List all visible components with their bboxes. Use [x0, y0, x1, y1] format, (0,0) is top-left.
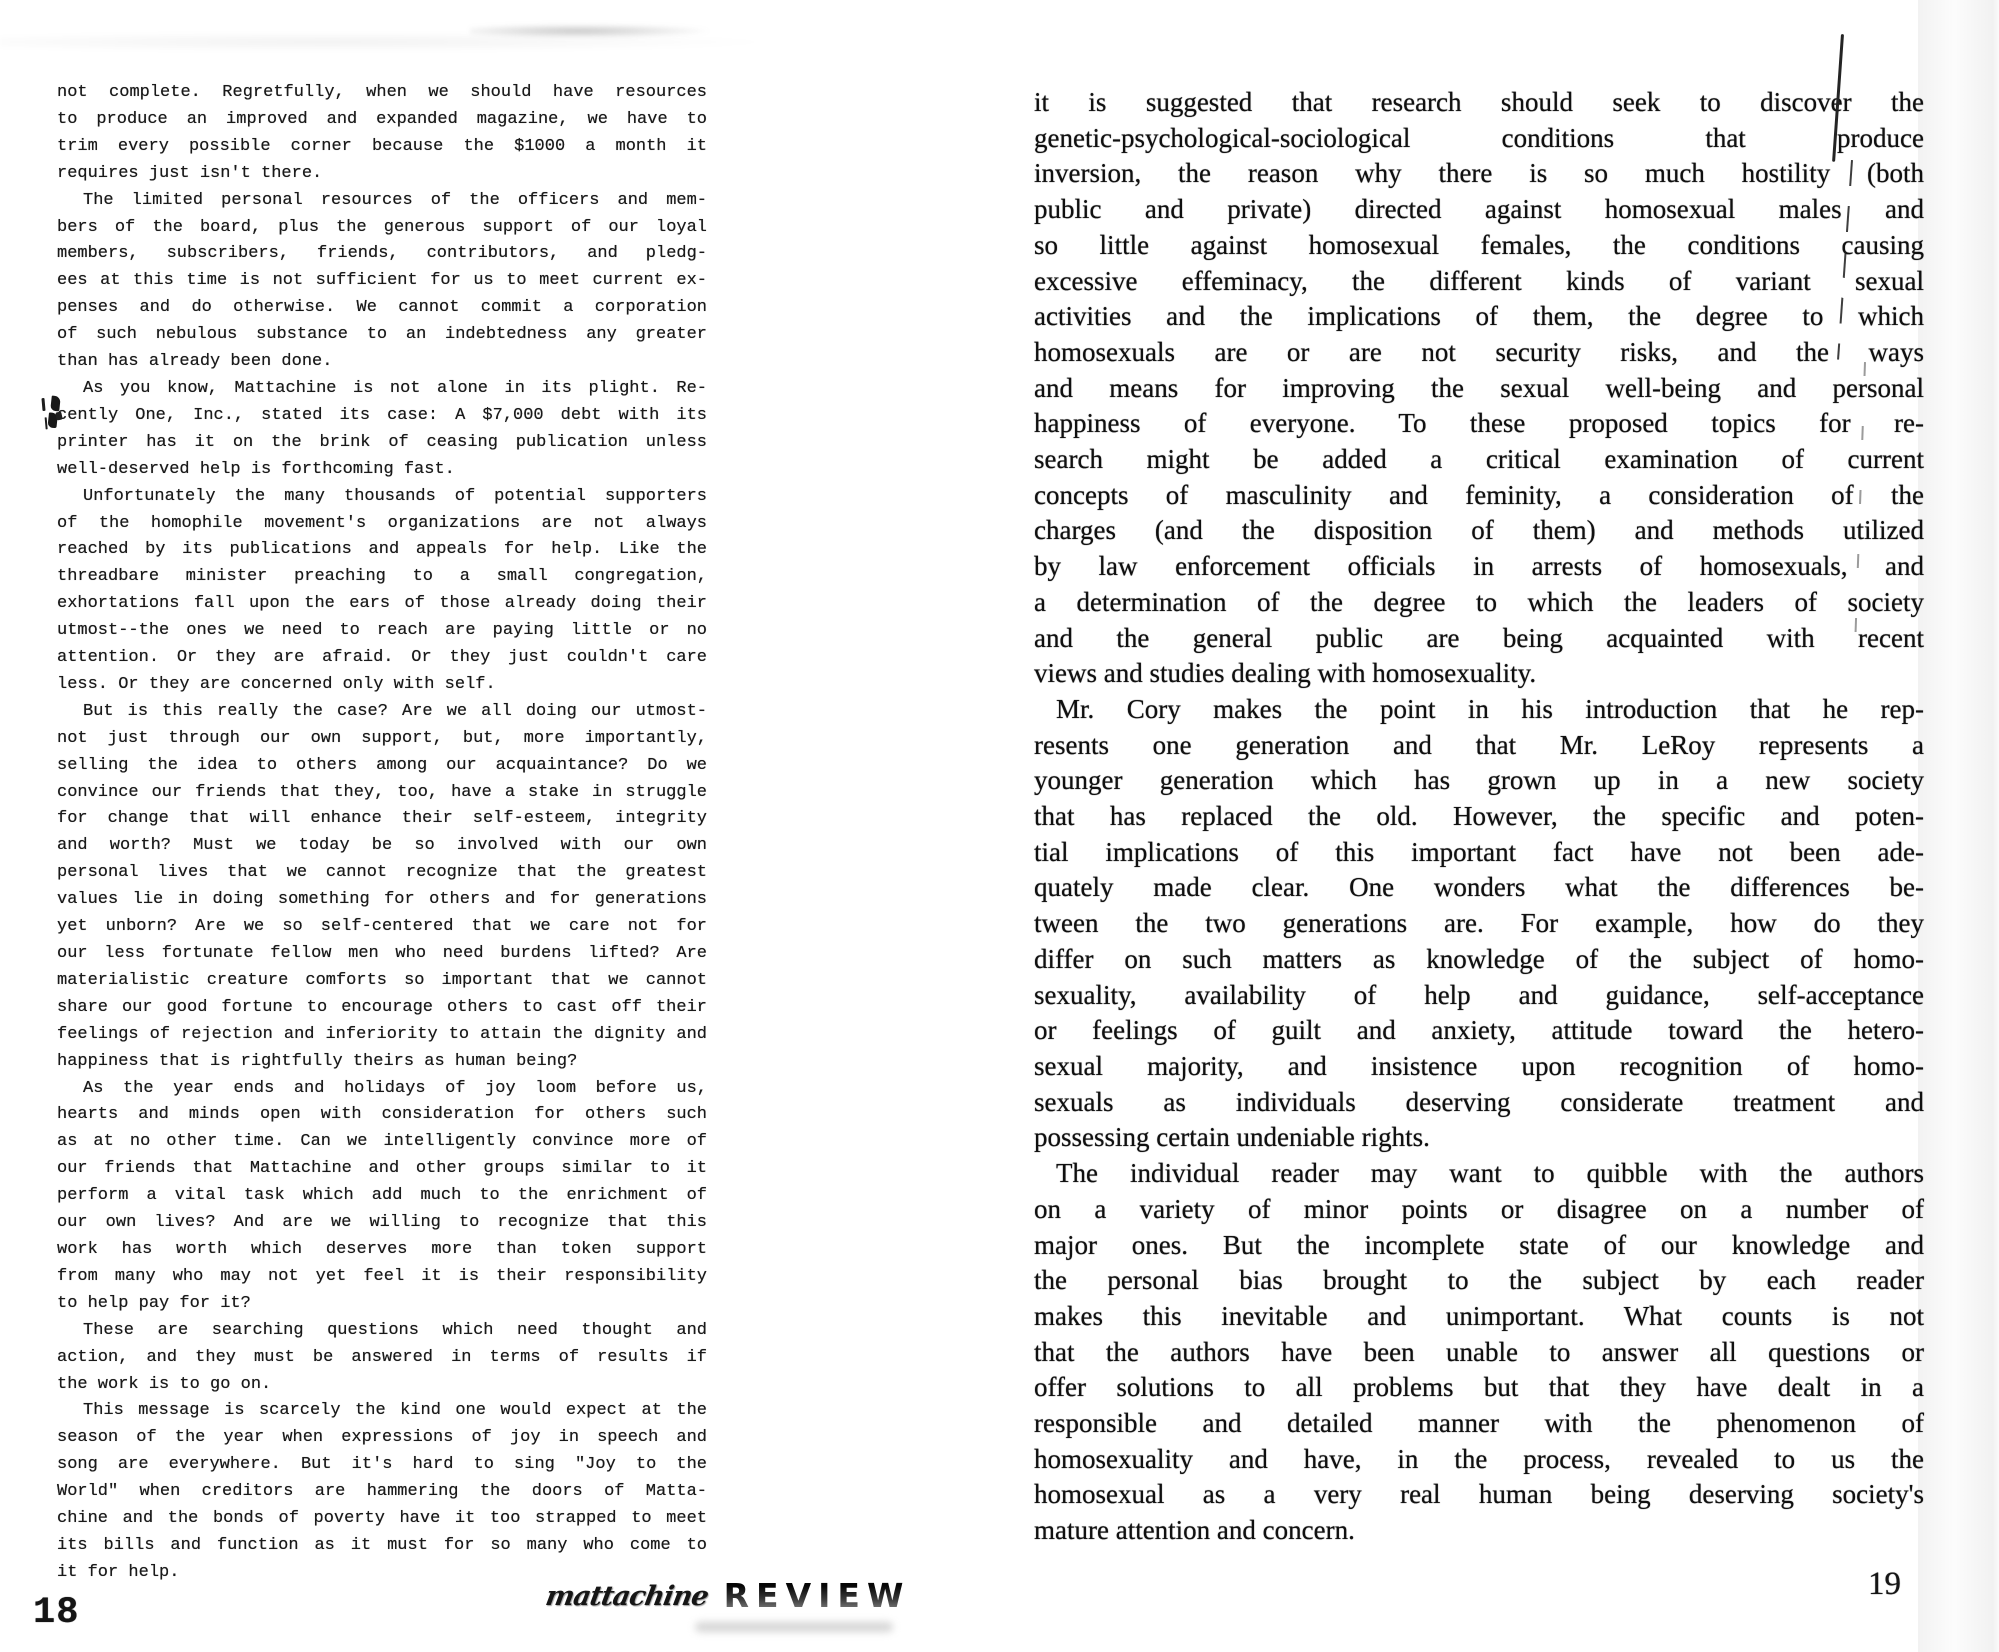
- smudge-mark: [470, 24, 710, 38]
- text-line: public and private) directed against hom…: [1034, 192, 1924, 228]
- text-line: members, subscribers, friends, contribut…: [57, 241, 707, 268]
- text-line: As you know, Mattachine is not alone in …: [57, 376, 707, 403]
- text-line: so little against homosexual females, th…: [1034, 228, 1924, 264]
- text-line: threadbare minister preaching to a small…: [57, 564, 707, 591]
- text-line: differ on such matters as knowledge of t…: [1034, 942, 1924, 978]
- text-line: to produce an improved and expanded maga…: [57, 107, 707, 134]
- text-line: a determination of the degree to which t…: [1034, 585, 1924, 621]
- text-line: of the homophile movement's organization…: [57, 511, 707, 538]
- text-line: sexuals as individuals deserving conside…: [1034, 1085, 1924, 1121]
- text-line: World" when creditors are hammering the …: [57, 1479, 707, 1506]
- text-line: of such nebulous substance to an indebte…: [57, 322, 707, 349]
- text-line: happiness that is rightfully theirs as h…: [57, 1049, 707, 1076]
- text-line: homosexuality and have, in the process, …: [1034, 1442, 1924, 1478]
- text-line: to help pay for it?: [57, 1291, 707, 1318]
- text-line: that the authors have been unable to ans…: [1034, 1335, 1924, 1371]
- text-line: action, and they must be answered in ter…: [57, 1345, 707, 1372]
- text-line: homosexuals are or are not security risk…: [1034, 335, 1924, 371]
- text-line: trim every possible corner because the $…: [57, 134, 707, 161]
- text-line: views and studies dealing with homosexua…: [1034, 656, 1924, 692]
- logo-shadow: [695, 1622, 893, 1632]
- text-line: This message is scarcely the kind one wo…: [57, 1398, 707, 1425]
- text-line: inversion, the reason why there is so mu…: [1034, 156, 1924, 192]
- text-line: yet unborn? Are we so self-centered that…: [57, 914, 707, 941]
- paragraph: As the year ends and holidays of joy loo…: [57, 1076, 707, 1318]
- paragraph: it is suggested that research should see…: [1034, 85, 1924, 692]
- text-line: not complete. Regretfully, when we shoul…: [57, 80, 707, 107]
- text-line: penses and do otherwise. We cannot commi…: [57, 295, 707, 322]
- text-line: less. Or they are concerned only with se…: [57, 672, 707, 699]
- text-line: convince our friends that they, too, hav…: [57, 780, 707, 807]
- text-line: bers of the board, plus the generous sup…: [57, 215, 707, 242]
- text-line: exhortations fall upon the ears of those…: [57, 591, 707, 618]
- mattachine-review-logo: mattachineREVIEW: [546, 1576, 910, 1615]
- right-page-number: 19: [1868, 1566, 1901, 1603]
- ink-mark-dot: [55, 411, 63, 420]
- left-page-number: 18: [33, 1592, 79, 1634]
- text-line: ees at this time is not sufficient for u…: [57, 268, 707, 295]
- text-line: it is suggested that research should see…: [1034, 85, 1924, 121]
- text-line: makes this inevitable and unimportant. W…: [1034, 1299, 1924, 1335]
- text-line: hearts and minds open with consideration…: [57, 1102, 707, 1129]
- text-line: well-deserved help is forthcoming fast.: [57, 457, 707, 484]
- paragraph: Mr. Cory makes the point in his introduc…: [1034, 692, 1924, 1156]
- text-line: and means for improving the sexual well-…: [1034, 371, 1924, 407]
- paragraph: This message is scarcely the kind one wo…: [57, 1398, 707, 1586]
- text-line: than has already been done.: [57, 349, 707, 376]
- text-line: attention. Or they are afraid. Or they j…: [57, 645, 707, 672]
- text-line: responsible and detailed manner with the…: [1034, 1406, 1924, 1442]
- ink-mark-stroke: [41, 398, 45, 411]
- text-line: requires just isn't there.: [57, 161, 707, 188]
- text-line: work has worth which deserves more than …: [57, 1237, 707, 1264]
- ink-mark: [42, 396, 64, 434]
- text-line: the work is to go on.: [57, 1372, 707, 1399]
- text-line: cently One, Inc., stated its case: A $7,…: [57, 403, 707, 430]
- text-line: concepts of masculinity and feminity, a …: [1034, 478, 1924, 514]
- text-line: selling the idea to others among our acq…: [57, 753, 707, 780]
- text-line: as at no other time. Can we intelligentl…: [57, 1129, 707, 1156]
- text-line: printer has it on the brink of ceasing p…: [57, 430, 707, 457]
- text-line: share our good fortune to encourage othe…: [57, 995, 707, 1022]
- left-page-text: not complete. Regretfully, when we shoul…: [57, 80, 707, 1587]
- text-line: The individual reader may want to quibbl…: [1034, 1156, 1924, 1192]
- text-line: materialistic creature comforts so impor…: [57, 968, 707, 995]
- text-line: search might be added a critical examina…: [1034, 442, 1924, 478]
- text-line: sexual majority, and insistence upon rec…: [1034, 1049, 1924, 1085]
- text-line: utmost--the ones we need to reach are pa…: [57, 618, 707, 645]
- text-line: tial implications of this important fact…: [1034, 835, 1924, 871]
- text-line: feelings of rejection and inferiority to…: [57, 1022, 707, 1049]
- paragraph: Unfortunately the many thousands of pote…: [57, 484, 707, 699]
- text-line: major ones. But the incomplete state of …: [1034, 1228, 1924, 1264]
- text-line: sexuality, availability of help and guid…: [1034, 978, 1924, 1014]
- right-page-text: it is suggested that research should see…: [1034, 85, 1924, 1549]
- text-line: our friends that Mattachine and other gr…: [57, 1156, 707, 1183]
- text-line: or feelings of guilt and anxiety, attitu…: [1034, 1013, 1924, 1049]
- text-line: perform a vital task which add much to t…: [57, 1183, 707, 1210]
- paragraph: The individual reader may want to quibbl…: [1034, 1156, 1924, 1549]
- text-line: its bills and function as it must for so…: [57, 1533, 707, 1560]
- text-line: mature attention and concern.: [1034, 1513, 1924, 1549]
- text-line: for change that will enhance their self-…: [57, 806, 707, 833]
- text-line: homosexual as a very real human being de…: [1034, 1477, 1924, 1513]
- text-line: our own lives? And are we willing to rec…: [57, 1210, 707, 1237]
- text-line: our less fortunate fellow men who need b…: [57, 941, 707, 968]
- text-line: from many who may not yet feel it is the…: [57, 1264, 707, 1291]
- text-line: and worth? Must we today be so involved …: [57, 833, 707, 860]
- text-line: and the general public are being acquain…: [1034, 621, 1924, 657]
- text-line: that has replaced the old. However, the …: [1034, 799, 1924, 835]
- paragraph: The limited personal resources of the of…: [57, 188, 707, 376]
- text-line: chine and the bonds of poverty have it t…: [57, 1506, 707, 1533]
- text-line: Unfortunately the many thousands of pote…: [57, 484, 707, 511]
- paragraph: As you know, Mattachine is not alone in …: [57, 376, 707, 484]
- text-line: possessing certain undeniable rights.: [1034, 1120, 1924, 1156]
- text-line: reached by its publications and appeals …: [57, 537, 707, 564]
- text-line: not just through our own support, but, m…: [57, 726, 707, 753]
- text-line: excessive effeminacy, the different kind…: [1034, 264, 1924, 300]
- ink-mark-blot: [50, 396, 61, 412]
- page-edge-shading: [1918, 0, 1999, 1652]
- logo-script-text: mattachine: [543, 1581, 710, 1612]
- text-line: Mr. Cory makes the point in his introduc…: [1034, 692, 1924, 728]
- text-line: offer solutions to all problems but that…: [1034, 1370, 1924, 1406]
- text-line: tween the two generations are. For examp…: [1034, 906, 1924, 942]
- paragraph: But is this really the case? Are we all …: [57, 699, 707, 1076]
- paragraph: These are searching questions which need…: [57, 1318, 707, 1399]
- text-line: These are searching questions which need…: [57, 1318, 707, 1345]
- text-line: resents one generation and that Mr. LeRo…: [1034, 728, 1924, 764]
- logo-caps-text: REVIEW: [724, 1576, 911, 1615]
- text-line: younger generation which has grown up in…: [1034, 763, 1924, 799]
- text-line: As the year ends and holidays of joy loo…: [57, 1076, 707, 1103]
- text-line: season of the year when expressions of j…: [57, 1425, 707, 1452]
- text-line: values lie in doing something for others…: [57, 887, 707, 914]
- scanned-magazine-spread: not complete. Regretfully, when we shoul…: [0, 0, 1999, 1652]
- text-line: genetic-psychological-sociological condi…: [1034, 121, 1924, 157]
- text-line: But is this really the case? Are we all …: [57, 699, 707, 726]
- text-line: activities and the implications of them,…: [1034, 299, 1924, 335]
- text-line: happiness of everyone. To these proposed…: [1034, 406, 1924, 442]
- text-line: The limited personal resources of the of…: [57, 188, 707, 215]
- text-line: personal lives that we cannot recognize …: [57, 860, 707, 887]
- text-line: the personal bias brought to the subject…: [1034, 1263, 1924, 1299]
- paragraph: not complete. Regretfully, when we shoul…: [57, 80, 707, 188]
- text-line: quately made clear. One wonders what the…: [1034, 870, 1924, 906]
- text-line: by law enforcement officials in arrests …: [1034, 549, 1924, 585]
- text-line: song are everywhere. But it's hard to si…: [57, 1452, 707, 1479]
- text-line: charges (and the disposition of them) an…: [1034, 513, 1924, 549]
- text-line: on a variety of minor points or disagree…: [1034, 1192, 1924, 1228]
